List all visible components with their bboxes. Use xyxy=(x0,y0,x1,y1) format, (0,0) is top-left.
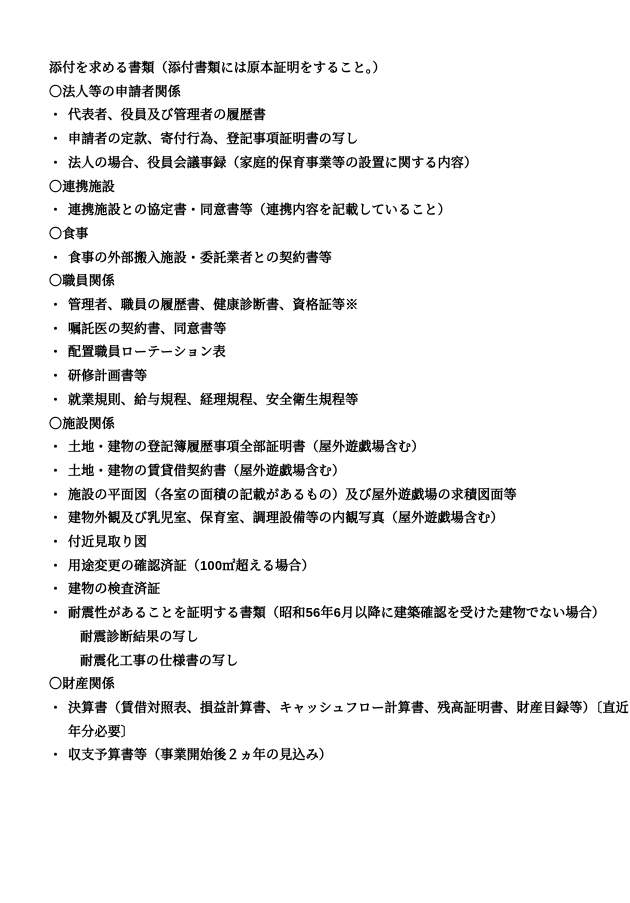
section-heading-facility: 〇施設関係 xyxy=(49,412,612,436)
bullet-marker: ・ xyxy=(49,293,68,317)
list-item: ・ 配置職員ローテーション表 xyxy=(49,340,612,364)
list-item: ・ 施設の平面図（各室の面積の記載があるもの）及び屋外遊戯場の求積図面等 xyxy=(49,483,612,507)
list-item-text: 付近見取り図 xyxy=(68,530,612,554)
list-item: ・ 付近見取り図 xyxy=(49,530,612,554)
bullet-marker: ・ xyxy=(49,103,68,127)
list-item: ・ 研修計画書等 xyxy=(49,364,612,388)
document-content: 添付を求める書類（添付書類には原本証明をすること。） 〇法人等の申請者関係 ・ … xyxy=(49,56,612,767)
list-item: ・ 土地・建物の賃貸借契約書（屋外遊戯場含む） xyxy=(49,459,612,483)
list-item-text: 土地・建物の登記簿履歴事項全部証明書（屋外遊戯場含む） xyxy=(68,435,612,459)
list-item-text: 代表者、役員及び管理者の履歴書 xyxy=(68,103,612,127)
bullet-marker: ・ xyxy=(49,483,68,507)
list-item-text: 施設の平面図（各室の面積の記載があるもの）及び屋外遊戯場の求積図面等 xyxy=(68,483,612,507)
bullet-marker: ・ xyxy=(49,459,68,483)
bullet-marker: ・ xyxy=(49,530,68,554)
list-item-text: 食事の外部搬入施設・委託業者との契約書等 xyxy=(68,246,612,270)
document-title: 添付を求める書類（添付書類には原本証明をすること。） xyxy=(49,56,612,80)
section-heading-meals: 〇食事 xyxy=(49,222,612,246)
list-item-text: 法人の場合、役員会議事録（家庭的保育事業等の設置に関する内容） xyxy=(68,151,612,175)
bullet-marker: ・ xyxy=(49,340,68,364)
list-item: ・ 食事の外部搬入施設・委託業者との契約書等 xyxy=(49,246,612,270)
list-item-text: 耐震性があることを証明する書類（昭和56年6月以降に建築確認を受けた建物でない場… xyxy=(68,601,612,625)
list-item: ・ 耐震性があることを証明する書類（昭和56年6月以降に建築確認を受けた建物でな… xyxy=(49,601,612,625)
bullet-marker: ・ xyxy=(49,577,68,601)
section-heading-partner-facility: 〇連携施設 xyxy=(49,175,612,199)
list-item-text: 用途変更の確認済証（100㎡超える場合） xyxy=(68,554,612,578)
list-item: ・ 就業規則、給与規程、経理規程、安全衛生規程等 xyxy=(49,388,612,412)
bullet-marker: ・ xyxy=(49,364,68,388)
bullet-marker: ・ xyxy=(49,554,68,578)
bullet-marker: ・ xyxy=(49,506,68,530)
bullet-marker: ・ xyxy=(49,198,68,222)
list-item-text: 申請者の定款、寄付行為、登記事項証明書の写し xyxy=(68,127,612,151)
list-item: ・ 連携施設との協定書・同意書等（連携内容を記載していること） xyxy=(49,198,612,222)
list-item-line: 決算書（賃借対照表、損益計算書、キャッシュフロー計算書、残高証明書、財産目録等）… xyxy=(68,696,612,720)
list-item-text: 就業規則、給与規程、経理規程、安全衛生規程等 xyxy=(68,388,612,412)
bullet-marker: ・ xyxy=(49,317,68,341)
list-item-text: 配置職員ローテーション表 xyxy=(68,340,612,364)
list-item-text: 連携施設との協定書・同意書等（連携内容を記載していること） xyxy=(68,198,612,222)
bullet-marker: ・ xyxy=(49,151,68,175)
list-item: ・ 法人の場合、役員会議事録（家庭的保育事業等の設置に関する内容） xyxy=(49,151,612,175)
list-item-text: 土地・建物の賃貸借契約書（屋外遊戯場含む） xyxy=(68,459,612,483)
list-item-text: 建物の検査済証 xyxy=(68,577,612,601)
list-item-text: 嘱託医の契約書、同意書等 xyxy=(68,317,612,341)
list-item: ・ 用途変更の確認済証（100㎡超える場合） xyxy=(49,554,612,578)
bullet-marker: ・ xyxy=(49,696,68,743)
list-item: ・ 建物の検査済証 xyxy=(49,577,612,601)
list-item: ・ 建物外観及び乳児室、保育室、調理設備等の内観写真（屋外遊戯場含む） xyxy=(49,506,612,530)
list-item: ・ 申請者の定款、寄付行為、登記事項証明書の写し xyxy=(49,127,612,151)
list-item-text: 建物外観及び乳児室、保育室、調理設備等の内観写真（屋外遊戯場含む） xyxy=(68,506,612,530)
bullet-marker: ・ xyxy=(49,743,68,767)
list-item: ・ 決算書（賃借対照表、損益計算書、キャッシュフロー計算書、残高証明書、財産目録… xyxy=(49,696,612,743)
list-item-text: 決算書（賃借対照表、損益計算書、キャッシュフロー計算書、残高証明書、財産目録等）… xyxy=(68,696,612,743)
document-page: 添付を求める書類（添付書類には原本証明をすること。） 〇法人等の申請者関係 ・ … xyxy=(0,0,630,903)
bullet-marker: ・ xyxy=(49,246,68,270)
bullet-marker: ・ xyxy=(49,388,68,412)
bullet-marker: ・ xyxy=(49,435,68,459)
bullet-marker: ・ xyxy=(49,601,68,625)
list-item: ・ 管理者、職員の履歴書、健康診断書、資格証等※ xyxy=(49,293,612,317)
list-item: ・ 収支予算書等（事業開始後２ヵ年の見込み） xyxy=(49,743,612,767)
section-heading-staff: 〇職員関係 xyxy=(49,269,612,293)
section-heading-assets: 〇財産関係 xyxy=(49,672,612,696)
list-item-text: 研修計画書等 xyxy=(68,364,612,388)
list-item-text: 収支予算書等（事業開始後２ヵ年の見込み） xyxy=(68,743,612,767)
list-item: ・ 土地・建物の登記簿履歴事項全部証明書（屋外遊戯場含む） xyxy=(49,435,612,459)
sub-list-item: 耐震化工事の仕様書の写し xyxy=(49,649,612,673)
section-heading-applicant: 〇法人等の申請者関係 xyxy=(49,80,612,104)
list-item: ・ 嘱託医の契約書、同意書等 xyxy=(49,317,612,341)
list-item: ・ 代表者、役員及び管理者の履歴書 xyxy=(49,103,612,127)
bullet-marker: ・ xyxy=(49,127,68,151)
list-item-text: 管理者、職員の履歴書、健康診断書、資格証等※ xyxy=(68,293,612,317)
list-item-line: 年分必要〕 xyxy=(68,720,612,744)
sub-list-item: 耐震診断結果の写し xyxy=(49,625,612,649)
